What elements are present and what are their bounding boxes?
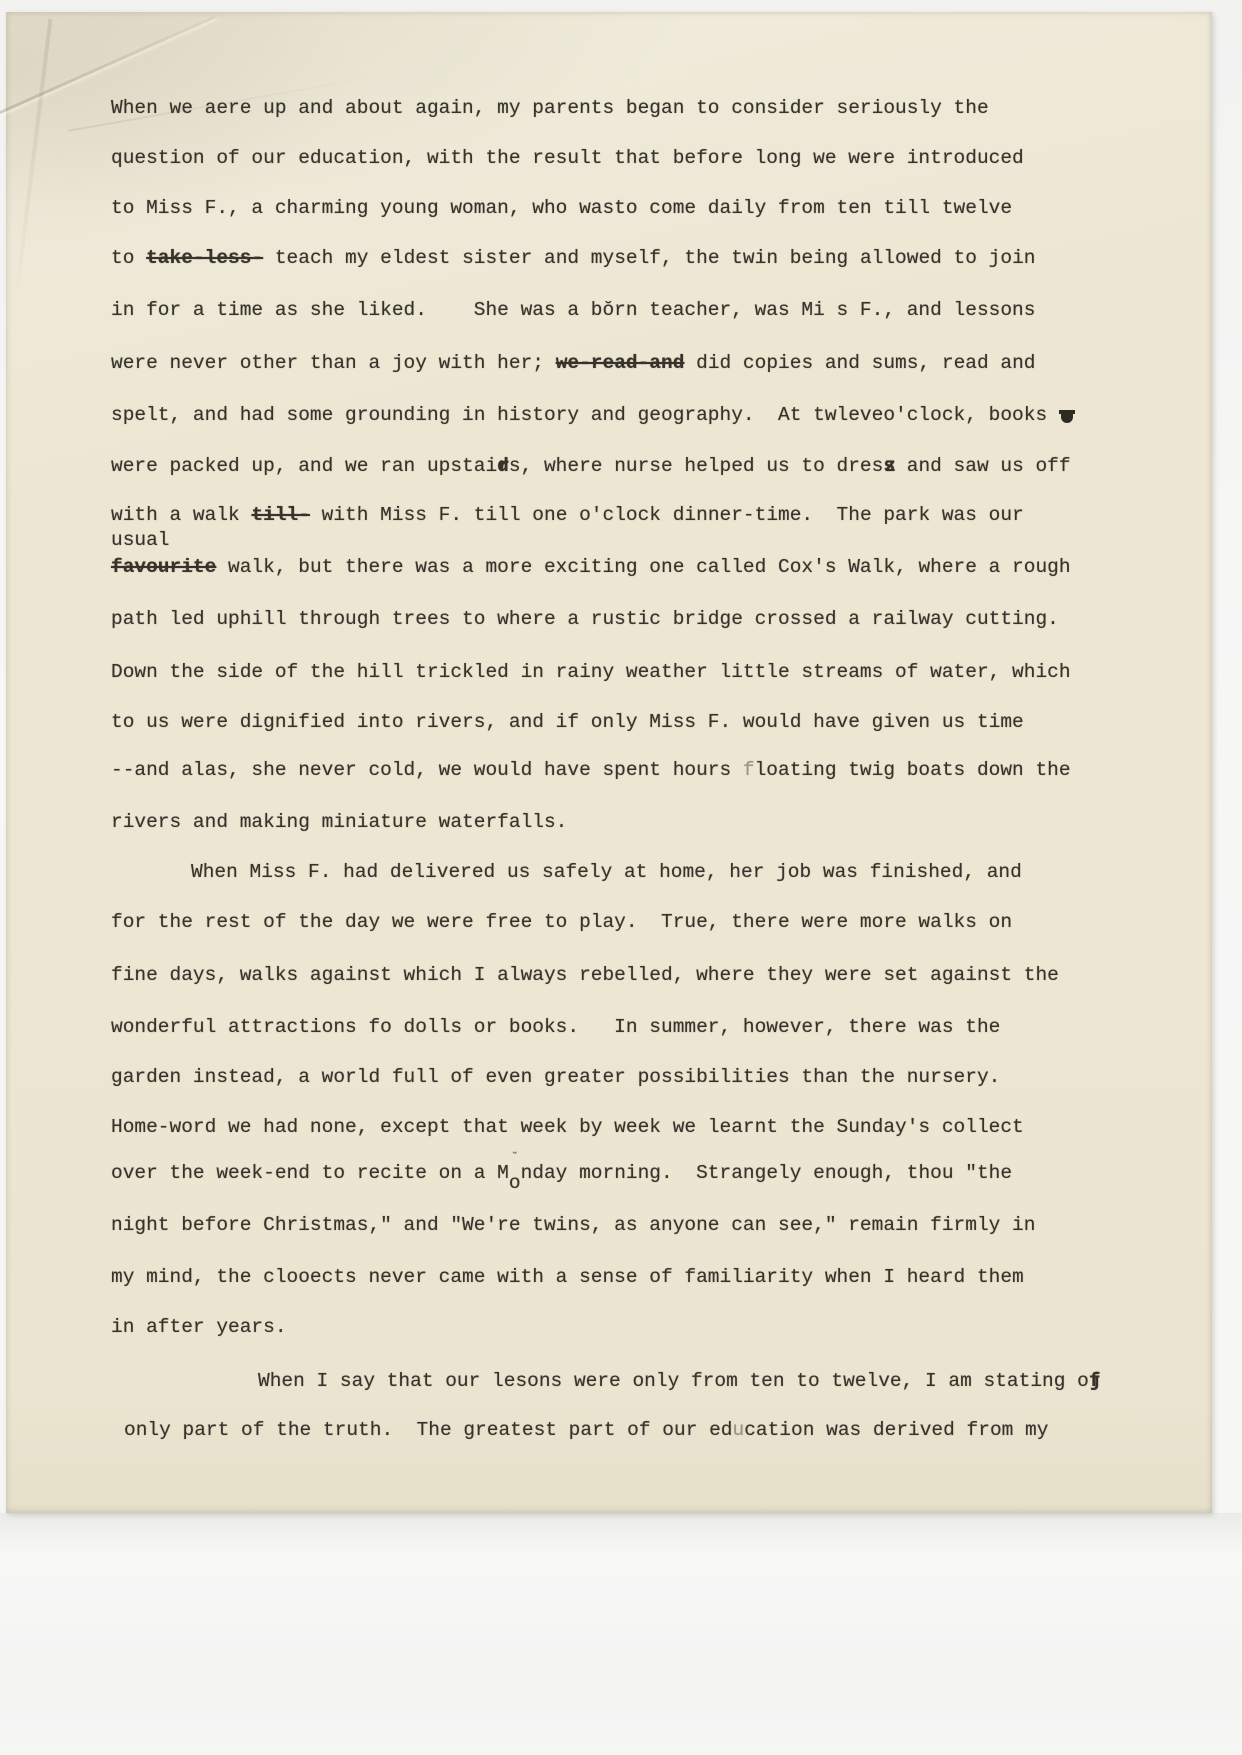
typed-text: did copies and sums, read and bbox=[684, 352, 1035, 374]
typed-text: for the rest of the day we were free to … bbox=[111, 911, 1012, 933]
overstruck-char: fj bbox=[1089, 1370, 1101, 1392]
typed-text: When Miss F. had delivered us safely at … bbox=[191, 861, 1022, 883]
dropped-char: ˘o bbox=[509, 1162, 521, 1184]
typed-line: only part of the truth. The greatest par… bbox=[124, 1419, 1048, 1441]
typed-line: my mind, the clooects never came with a … bbox=[111, 1266, 1024, 1288]
faint-text: f bbox=[743, 759, 755, 781]
typed-text: Home-word we had none, except that week … bbox=[111, 1116, 1024, 1138]
typed-line: fine days, walks against which I always … bbox=[111, 964, 1059, 986]
typed-text: only part of the truth. The greatest par… bbox=[124, 1419, 733, 1441]
typed-text: loating twig boats down the bbox=[755, 759, 1071, 781]
typed-line: spelt, and had some grounding in history… bbox=[111, 404, 1073, 426]
typed-text: with a walk bbox=[111, 504, 251, 526]
typed-text: fine days, walks against which I always … bbox=[111, 964, 1059, 986]
typed-text: with Miss F. till one o'clock dinner-tim… bbox=[310, 504, 1024, 526]
overstruck-char-top: z bbox=[884, 455, 896, 477]
typed-text: night before Christmas," and "We're twin… bbox=[111, 1214, 1035, 1236]
typed-line: were never other than a joy with her; we… bbox=[111, 352, 1035, 374]
typed-text-layer: When we aere up and about again, my pare… bbox=[6, 12, 1212, 1513]
typed-text: spelt, and had some grounding in history… bbox=[111, 404, 1059, 426]
typed-line: Down the side of the hill trickled in ra… bbox=[111, 661, 1071, 683]
typed-line: were packed up, and we ran upstaidrs, wh… bbox=[111, 455, 1071, 477]
typed-text: in for a time as she liked. She was a bo… bbox=[111, 299, 1035, 321]
typed-text: When we aere up and about again, my pare… bbox=[111, 97, 989, 119]
typed-line: in for a time as she liked. She was a bo… bbox=[111, 299, 1035, 321]
overstruck-char-top: j bbox=[1090, 1370, 1102, 1392]
typed-text: When I say that our lesons were only fro… bbox=[258, 1370, 1089, 1392]
scanned-document-view: { "page": { "ink_color": "#37332a", "pap… bbox=[0, 0, 1242, 1755]
typed-text: were packed up, and we ran upstai bbox=[111, 455, 497, 477]
typed-text: garden instead, a world full of even gre… bbox=[111, 1066, 1000, 1088]
typed-line: in after years. bbox=[111, 1316, 287, 1338]
typed-line: question of our education, with the resu… bbox=[111, 147, 1024, 169]
typed-text: in after years. bbox=[111, 1316, 287, 1338]
typed-text: question of our education, with the resu… bbox=[111, 147, 1024, 169]
typed-text: Down the side of the hill trickled in ra… bbox=[111, 661, 1071, 683]
typed-text: and saw us off bbox=[895, 455, 1071, 477]
typed-line: path led uphill through trees to where a… bbox=[111, 608, 1059, 630]
typed-text: usual bbox=[111, 529, 170, 551]
typed-line: rivers and making miniature waterfalls. bbox=[111, 811, 567, 833]
typed-text: s, where nurse helped us to dres bbox=[509, 455, 883, 477]
typed-line: with a walk till- with Miss F. till one … bbox=[111, 504, 1024, 526]
typed-text: rivers and making miniature waterfalls. bbox=[111, 811, 567, 833]
typed-text: to bbox=[111, 247, 146, 269]
scanner-background bbox=[0, 1513, 1242, 1755]
typed-line: night before Christmas," and "We're twin… bbox=[111, 1214, 1035, 1236]
typed-line: to take-less- teach my eldest sister and… bbox=[111, 247, 1035, 269]
ink-blot-overstrike bbox=[1061, 412, 1073, 423]
typed-text: were never other than a joy with her; bbox=[111, 352, 556, 374]
typed-text: path led uphill through trees to where a… bbox=[111, 608, 1059, 630]
typed-text: teach my eldest sister and myself, the t… bbox=[263, 247, 1035, 269]
typed-line: to us were dignified into rivers, and if… bbox=[111, 711, 1024, 733]
typed-line: When we aere up and about again, my pare… bbox=[111, 97, 989, 119]
typed-text: cation was derived from my bbox=[744, 1419, 1048, 1441]
typed-line: When Miss F. had delivered us safely at … bbox=[191, 861, 1022, 883]
typed-text: nday morning. Strangely enough, thou "th… bbox=[521, 1162, 1012, 1184]
typed-line: for the rest of the day we were free to … bbox=[111, 911, 1012, 933]
typed-text: to Miss F., a charming young woman, who … bbox=[111, 197, 1012, 219]
typed-text: my mind, the clooects never came with a … bbox=[111, 1266, 1024, 1288]
typed-line: to Miss F., a charming young woman, who … bbox=[111, 197, 1012, 219]
overstruck-char: dr bbox=[497, 455, 509, 477]
struck-text: take-less- bbox=[146, 247, 263, 269]
typed-line: usual bbox=[111, 529, 170, 551]
typed-text: to us were dignified into rivers, and if… bbox=[111, 711, 1024, 733]
overstruck-char: sz bbox=[883, 455, 895, 477]
struck-text: till- bbox=[251, 504, 310, 526]
typed-text: over the week-end to recite on a M bbox=[111, 1162, 509, 1184]
typed-line: garden instead, a world full of even gre… bbox=[111, 1066, 1000, 1088]
typed-line: Home-word we had none, except that week … bbox=[111, 1116, 1024, 1138]
typed-text: wonderful attractions fo dolls or books.… bbox=[111, 1016, 1000, 1038]
typed-line: wonderful attractions fo dolls or books.… bbox=[111, 1016, 1000, 1038]
faint-text: u bbox=[733, 1419, 745, 1441]
typed-text: --and alas, she never cold, we would hav… bbox=[111, 759, 743, 781]
dropped-char-glyph: o bbox=[509, 1172, 521, 1194]
dropped-char-mark: ˘ bbox=[511, 1151, 519, 1166]
typed-line: over the week-end to recite on a M˘onday… bbox=[111, 1162, 1012, 1184]
typed-text: walk, but there was a more exciting one … bbox=[216, 556, 1070, 578]
overstruck-char-top: r bbox=[498, 455, 510, 477]
typed-line: favourite walk, but there was a more exc… bbox=[111, 556, 1071, 578]
typewritten-page: When we aere up and about again, my pare… bbox=[6, 12, 1212, 1513]
struck-text: we-read-and bbox=[556, 352, 685, 374]
typed-line: When I say that our lesons were only fro… bbox=[258, 1370, 1101, 1392]
typed-line: --and alas, she never cold, we would hav… bbox=[111, 759, 1071, 781]
struck-text: favourite bbox=[111, 556, 216, 578]
